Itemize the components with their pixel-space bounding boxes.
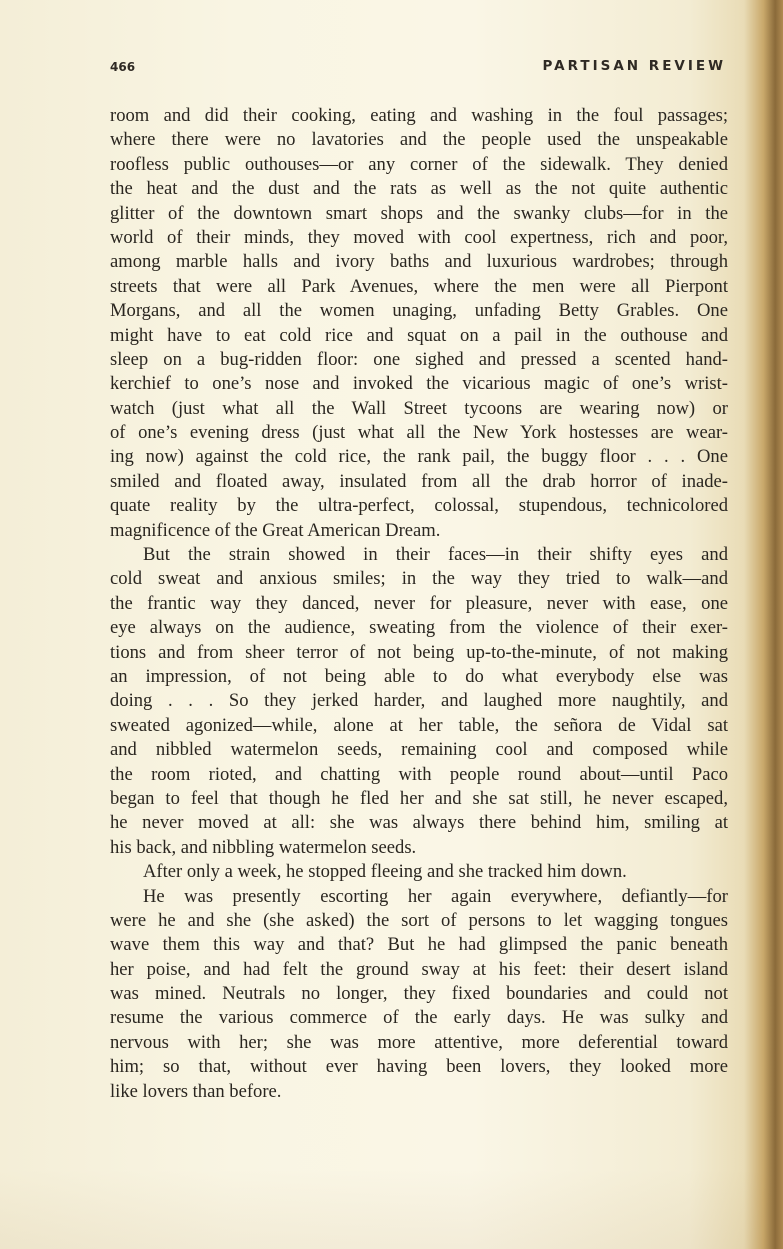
text-line: the frantic way they danced, never for p… — [110, 592, 728, 616]
text-line: room and did their cooking, eating and w… — [110, 104, 728, 128]
text-line: resume the various commerce of the early… — [110, 1006, 728, 1030]
text-line: streets that were all Park Avenues, wher… — [110, 275, 728, 299]
running-head: 466 PARTISAN REVIEW — [110, 58, 726, 80]
text-line: sweated agonized—while, alone at her tab… — [110, 714, 728, 738]
text-line: eye always on the audience, sweating fro… — [110, 616, 728, 640]
text-line: the heat and the dust and the rats as we… — [110, 177, 728, 201]
text-line: After only a week, he stopped fleeing an… — [110, 860, 728, 884]
text-line: kerchief to one’s nose and invoked the v… — [110, 372, 728, 396]
text-line: among marble halls and ivory baths and l… — [110, 250, 728, 274]
paragraph: But the strain showed in their faces—in … — [110, 543, 728, 860]
text-line: and nibbled watermelon seeds, remaining … — [110, 738, 728, 762]
text-line: sleep on a bug-ridden floor: one sighed … — [110, 348, 728, 372]
text-line: ing now) against the cold rice, the rank… — [110, 445, 728, 469]
paragraph: room and did their cooking, eating and w… — [110, 104, 728, 543]
book-page: 466 PARTISAN REVIEW room and did their c… — [0, 0, 783, 1249]
text-line: But the strain showed in their faces—in … — [110, 543, 728, 567]
text-line: began to feel that though he fled her an… — [110, 787, 728, 811]
text-line: Morgans, and all the women unaging, unfa… — [110, 299, 728, 323]
text-line: like lovers than before. — [110, 1080, 728, 1104]
text-line: his back, and nibbling watermelon seeds. — [110, 836, 728, 860]
text-line: were he and she (she asked) the sort of … — [110, 909, 728, 933]
page-number: 466 — [110, 60, 135, 74]
text-line: roofless public outhouses—or any corner … — [110, 153, 728, 177]
text-line: He was presently escorting her again eve… — [110, 885, 728, 909]
text-line: smiled and floated away, insulated from … — [110, 470, 728, 494]
text-line: an impression, of not being able to do w… — [110, 665, 728, 689]
text-line: doing . . . So they jerked harder, and l… — [110, 689, 728, 713]
journal-title: PARTISAN REVIEW — [543, 58, 727, 74]
body-text: room and did their cooking, eating and w… — [110, 104, 728, 1104]
text-line: her poise, and had felt the ground sway … — [110, 958, 728, 982]
text-line: of one’s evening dress (just what all th… — [110, 421, 728, 445]
text-line: cold sweat and anxious smiles; in the wa… — [110, 567, 728, 591]
text-line: world of their minds, they moved with co… — [110, 226, 728, 250]
paragraph: After only a week, he stopped fleeing an… — [110, 860, 728, 884]
text-line: might have to eat cold rice and squat on… — [110, 324, 728, 348]
text-line: he never moved at all: she was always th… — [110, 811, 728, 835]
text-line: quate reality by the ultra-perfect, colo… — [110, 494, 728, 518]
text-line: wave them this way and that? But he had … — [110, 933, 728, 957]
text-line: nervous with her; she was more attentive… — [110, 1031, 728, 1055]
text-line: tions and from sheer terror of not being… — [110, 641, 728, 665]
text-line: magnificence of the Great American Dream… — [110, 519, 728, 543]
text-line: watch (just what all the Wall Street tyc… — [110, 397, 728, 421]
text-line: where there were no lavatories and the p… — [110, 128, 728, 152]
text-line: glitter of the downtown smart shops and … — [110, 202, 728, 226]
text-line: him; so that, without ever having been l… — [110, 1055, 728, 1079]
text-line: the room rioted, and chatting with peopl… — [110, 763, 728, 787]
paragraph: He was presently escorting her again eve… — [110, 885, 728, 1105]
text-line: was mined. Neutrals no longer, they fixe… — [110, 982, 728, 1006]
